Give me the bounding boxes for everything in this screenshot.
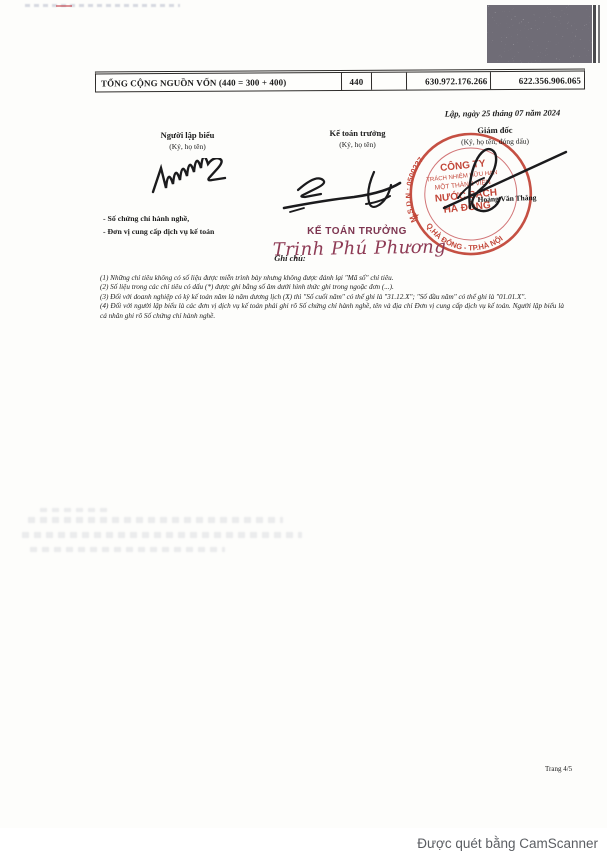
camscanner-label: Được quét bằng CamScanner [417, 836, 598, 851]
accountant-signature [278, 162, 406, 222]
ghost-bleed-artifact [28, 517, 283, 523]
preparer-column: Người lập biểu (Ký, họ tên) [120, 130, 255, 151]
total-capital-row: TỔNG CỘNG NGUỒN VỐN (440 = 300 + 400) 44… [95, 69, 585, 93]
credential-line-2: - Đơn vị cung cấp dịch vụ kế toán [103, 227, 214, 236]
scan-edge-artifact [25, 4, 180, 7]
chief-accountant-stamp-title: KẾ TOÁN TRƯỞNG [287, 226, 427, 237]
scan-edge-red-mark [56, 5, 72, 7]
total-row-note-cell [372, 73, 407, 90]
ghost-bleed-artifact [40, 508, 110, 512]
note-item-1: (1) Những chỉ tiêu không có số liệu được… [100, 274, 564, 283]
preparer-signature [145, 158, 257, 204]
total-row-code: 440 [342, 73, 372, 90]
ghost-bleed-artifact [22, 532, 302, 538]
total-row-end-value: 630.972.176.266 [407, 72, 492, 90]
total-row-label: TỔNG CỘNG NGUỒN VỐN (440 = 300 + 400) [96, 73, 342, 92]
note-item-3: (3) Đối với doanh nghiệp có kỳ kế toán n… [100, 293, 564, 302]
scanned-page: TỔNG CỘNG NGUỒN VỐN (440 = 300 + 400) 44… [0, 0, 607, 859]
preparer-subtitle: (Ký, họ tên) [120, 142, 255, 151]
preparer-title: Người lập biểu [120, 130, 255, 140]
ghost-bleed-artifact [30, 547, 225, 552]
notes-block: (1) Những chỉ tiêu không có số liệu được… [100, 274, 564, 321]
page-number: Trang 4/5 [545, 765, 572, 773]
notes-heading: Ghi chú: [230, 253, 350, 263]
signing-date-line: Lập, ngày 25 tháng 07 năm 2024 [400, 107, 605, 119]
total-row-start-value: 622.356.906.065 [491, 72, 584, 90]
noise-texture [487, 3, 605, 64]
credential-line-1: - Số chứng chỉ hành nghề, [103, 214, 189, 223]
scan-noise-artifact [487, 3, 605, 64]
accountant-title: Kế toán trưởng [295, 128, 420, 138]
note-item-2: (2) Số liệu trong các chỉ tiêu có dấu (*… [100, 283, 564, 292]
note-item-4: (4) Đối với người lập biểu là các đơn vị… [100, 302, 564, 321]
camscanner-footer: Được quét bằng CamScanner [0, 828, 607, 859]
director-signature [408, 128, 583, 233]
